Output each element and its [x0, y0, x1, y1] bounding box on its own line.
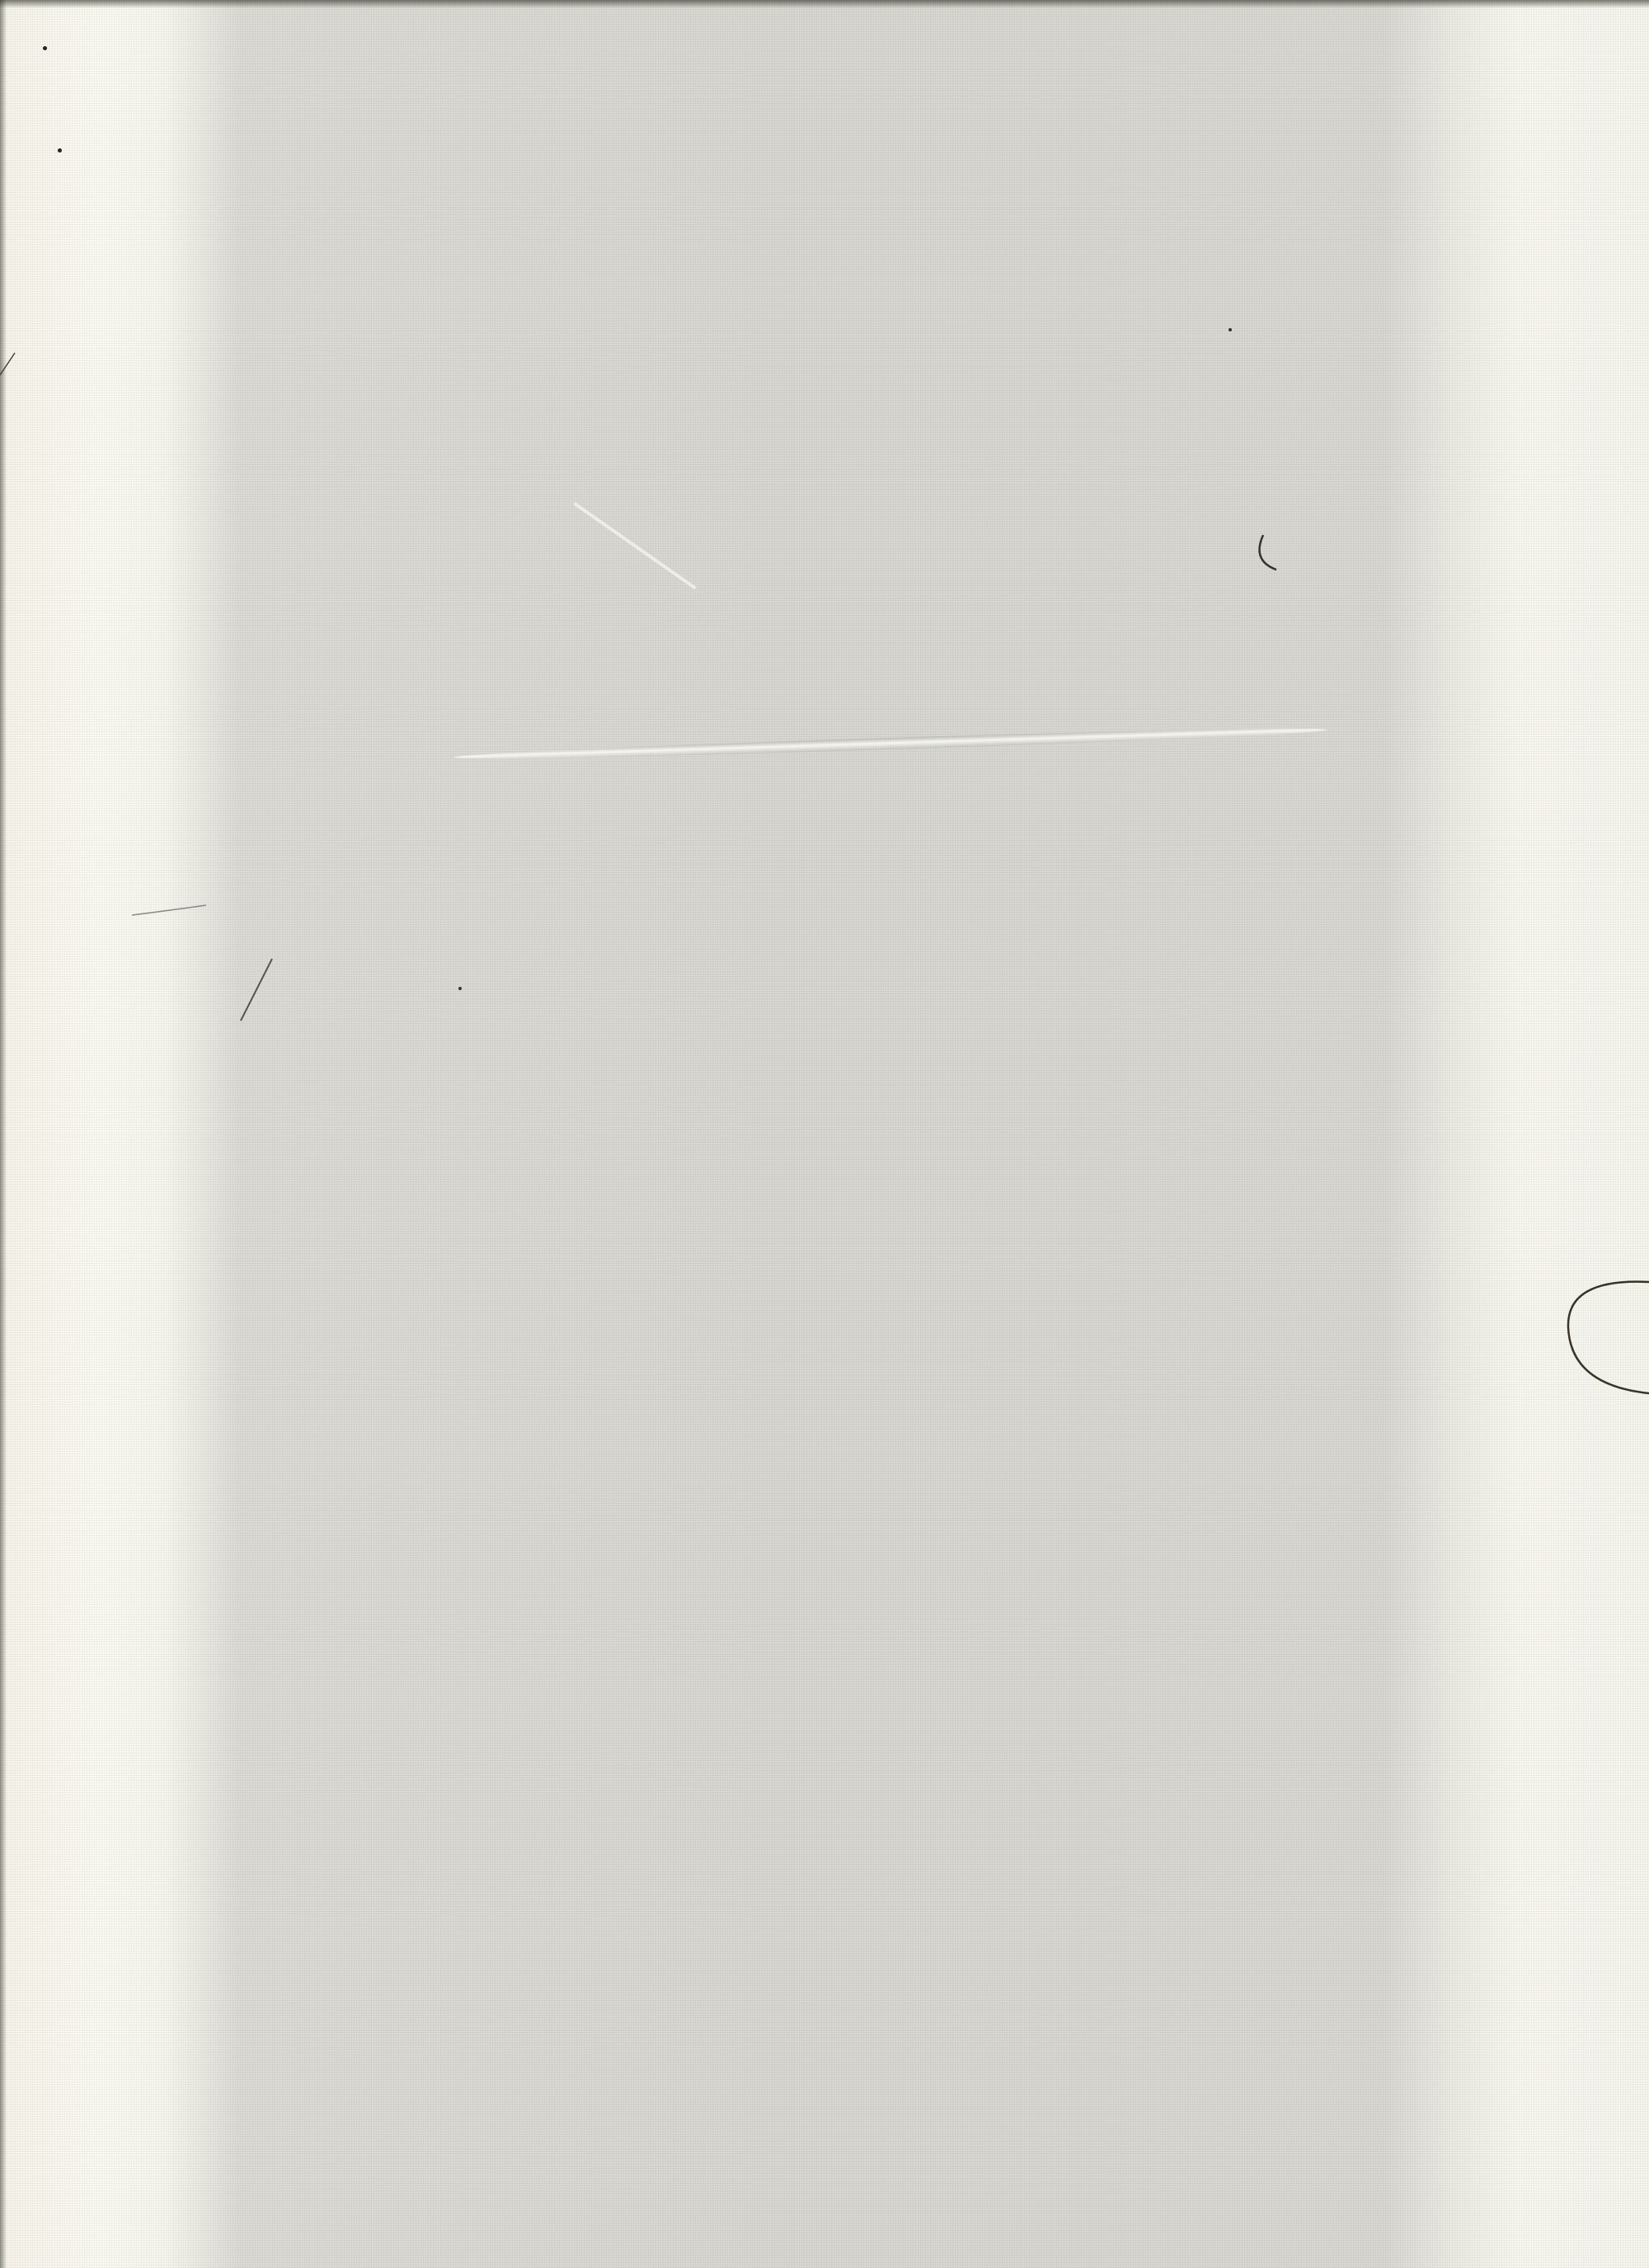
blank-page	[0, 0, 1649, 2268]
stray-fiber-marks	[0, 0, 1649, 2268]
